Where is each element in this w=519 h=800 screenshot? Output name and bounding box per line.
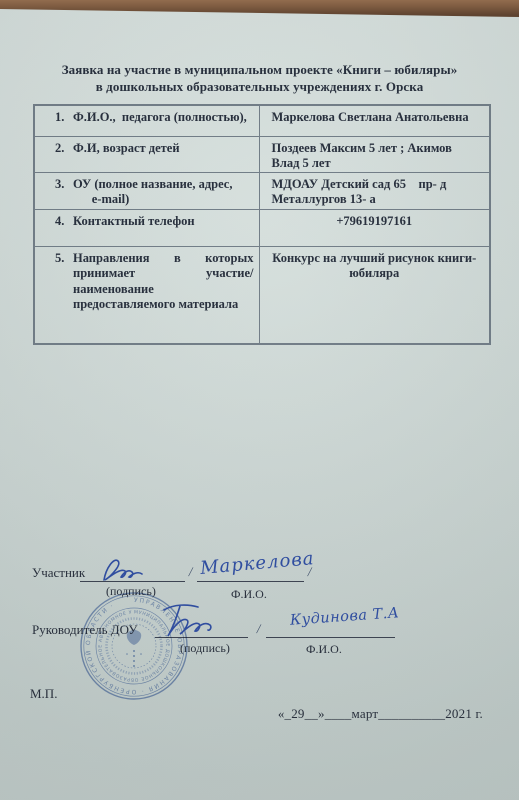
row-label: Ф.И.О., педагога (полностью), bbox=[73, 110, 254, 126]
date-line: «_29__»____март__________2021 г. bbox=[278, 706, 483, 722]
head-label: Руководитель ДОУ bbox=[32, 622, 137, 638]
head-fio-caption: Ф.И.О. bbox=[306, 642, 342, 657]
row-value: Поздеев Максим 5 лет ; Акимов Влад 5 лет bbox=[260, 137, 490, 172]
table-row-fio-pedagog: 1. Ф.И.О., педагога (полностью), Маркело… bbox=[34, 105, 490, 136]
application-table: 1. Ф.И.О., педагога (полностью), Маркело… bbox=[33, 104, 491, 345]
head-fio-line bbox=[266, 637, 395, 638]
table-row-institution: 3. ОУ (полное название, адрес, e-mail) М… bbox=[34, 172, 490, 209]
table-row-phone: 4. Контактный телефон +79619197161 bbox=[34, 209, 490, 246]
table-row-children: 2. Ф.И, возраст детей Поздеев Максим 5 л… bbox=[34, 136, 490, 172]
row-label: Направления в которых принимает участие/… bbox=[73, 251, 254, 313]
row-value: Маркелова Светлана Анатольевна bbox=[260, 106, 490, 126]
photographed-document: { "document": { "title_line1": "Заявка н… bbox=[0, 0, 519, 800]
table-row-direction: 5. Направления в которых принимает участ… bbox=[34, 246, 490, 344]
row-number: 3. bbox=[55, 177, 73, 208]
row-number: 2. bbox=[55, 141, 73, 157]
document-title: Заявка на участие в муниципальном проект… bbox=[0, 62, 519, 95]
row-label: Контактный телефон bbox=[73, 214, 254, 230]
row-number: 4. bbox=[55, 214, 73, 230]
row-number: 5. bbox=[55, 251, 73, 313]
row-label: ОУ (полное название, адрес, e-mail) bbox=[73, 177, 254, 208]
participant-fio-caption: Ф.И.О. bbox=[231, 587, 267, 602]
mp-seal-place-label: М.П. bbox=[30, 686, 57, 702]
row-value: Конкурс на лучший рисунок книги-юбиляра bbox=[260, 247, 490, 282]
row-number: 1. bbox=[55, 110, 73, 126]
participant-label: Участник bbox=[32, 565, 85, 581]
row-value: +79619197161 bbox=[260, 210, 490, 230]
head-signature-handwriting bbox=[160, 601, 232, 641]
title-line-1: Заявка на участие в муниципальном проект… bbox=[0, 62, 519, 79]
participant-name-handwriting: Маркелова bbox=[199, 548, 315, 579]
row-value: МДОАУ Детский сад 65 пр- д Металлургов 1… bbox=[260, 173, 490, 208]
title-line-2: в дошкольных образовательных учреждениях… bbox=[0, 79, 519, 96]
document-paper: Заявка на участие в муниципальном проект… bbox=[0, 0, 519, 800]
head-name-handwriting: Кудинова Т.А bbox=[290, 605, 400, 629]
participant-signature-handwriting bbox=[98, 554, 150, 584]
participant-fio-line bbox=[197, 581, 304, 582]
row-label: Ф.И, возраст детей bbox=[73, 141, 254, 157]
slash: / bbox=[188, 564, 194, 580]
head-podpis-caption: (подпись) bbox=[180, 641, 230, 656]
slash: / bbox=[256, 621, 262, 637]
